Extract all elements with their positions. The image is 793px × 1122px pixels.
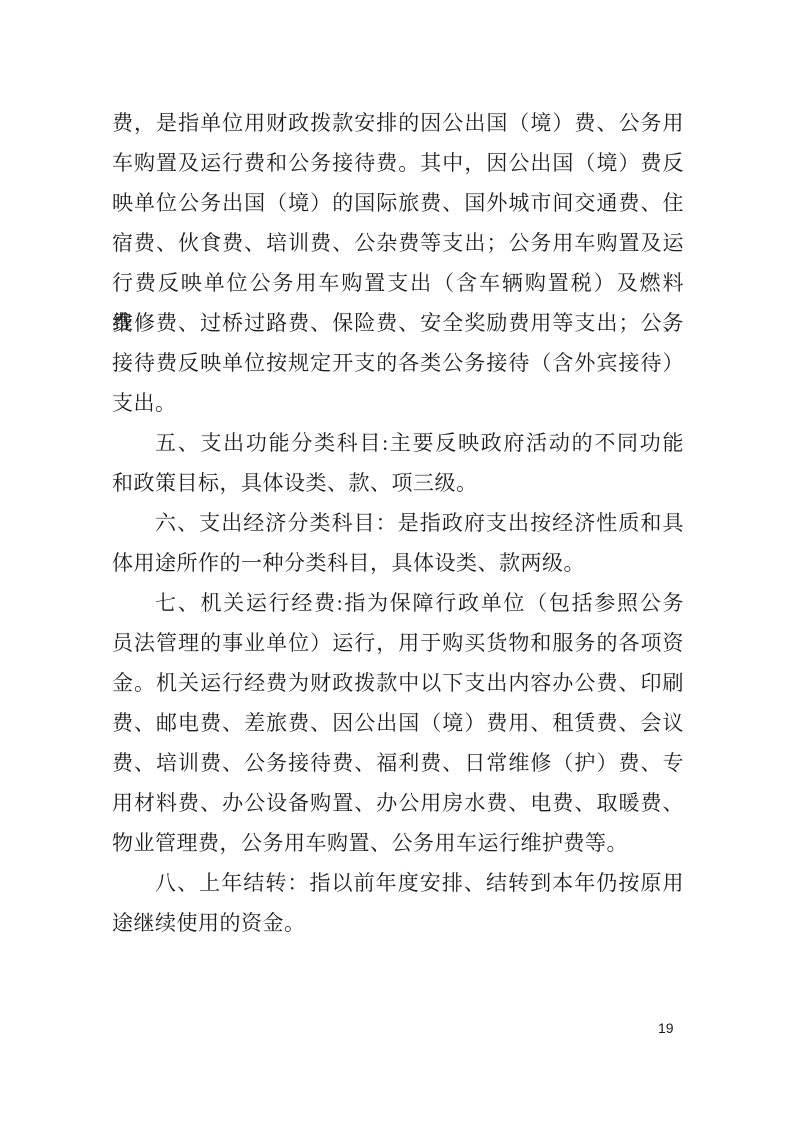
text-line: 体用途所作的一种分类科目，具体设类、款两级。 (112, 543, 684, 583)
text-line: 七、机关运行经费:指为保障行政单位（包括参照公务 (112, 583, 684, 623)
text-line: 八、上年结转：指以前年度安排、结转到本年仍按原用 (112, 863, 684, 903)
text-line: 支出。 (112, 383, 684, 423)
text-line: 行费反映单位公务用车购置支出（含车辆购置税）及燃料费、 (112, 263, 684, 303)
text-line: 用材料费、办公设备购置、办公用房水费、电费、取暖费、 (112, 783, 684, 823)
text-line: 维修费、过桥过路费、保险费、安全奖励费用等支出；公务 (112, 303, 684, 343)
text-line: 六、支出经济分类科目：是指政府支出按经济性质和具 (112, 503, 684, 543)
text-line: 五、支出功能分类科目:主要反映政府活动的不同功能 (112, 423, 684, 463)
text-line: 物业管理费，公务用车购置、公务用车运行维护费等。 (112, 823, 684, 863)
text-line: 费，是指单位用财政拨款安排的因公出国（境）费、公务用 (112, 103, 684, 143)
text-line: 映单位公务出国（境）的国际旅费、国外城市间交通费、住 (112, 183, 684, 223)
text-line: 和政策目标，具体设类、款、项三级。 (112, 463, 684, 503)
text-line: 宿费、伙食费、培训费、公杂费等支出；公务用车购置及运 (112, 223, 684, 263)
text-line: 途继续使用的资金。 (112, 903, 684, 943)
text-line: 费、培训费、公务接待费、福利费、日常维修（护）费、专 (112, 743, 684, 783)
text-line: 车购置及运行费和公务接待费。其中，因公出国（境）费反 (112, 143, 684, 183)
document-body: 费，是指单位用财政拨款安排的因公出国（境）费、公务用车购置及运行费和公务接待费。… (112, 103, 684, 943)
text-line: 费、邮电费、差旅费、因公出国（境）费用、租赁费、会议 (112, 703, 684, 743)
page-number: 19 (658, 1020, 674, 1036)
text-line: 接待费反映单位按规定开支的各类公务接待（含外宾接待） (112, 343, 684, 383)
text-line: 员法管理的事业单位）运行，用于购买货物和服务的各项资 (112, 623, 684, 663)
text-line: 金。机关运行经费为财政拨款中以下支出内容办公费、印刷 (112, 663, 684, 703)
document-page: 费，是指单位用财政拨款安排的因公出国（境）费、公务用车购置及运行费和公务接待费。… (0, 0, 793, 1122)
